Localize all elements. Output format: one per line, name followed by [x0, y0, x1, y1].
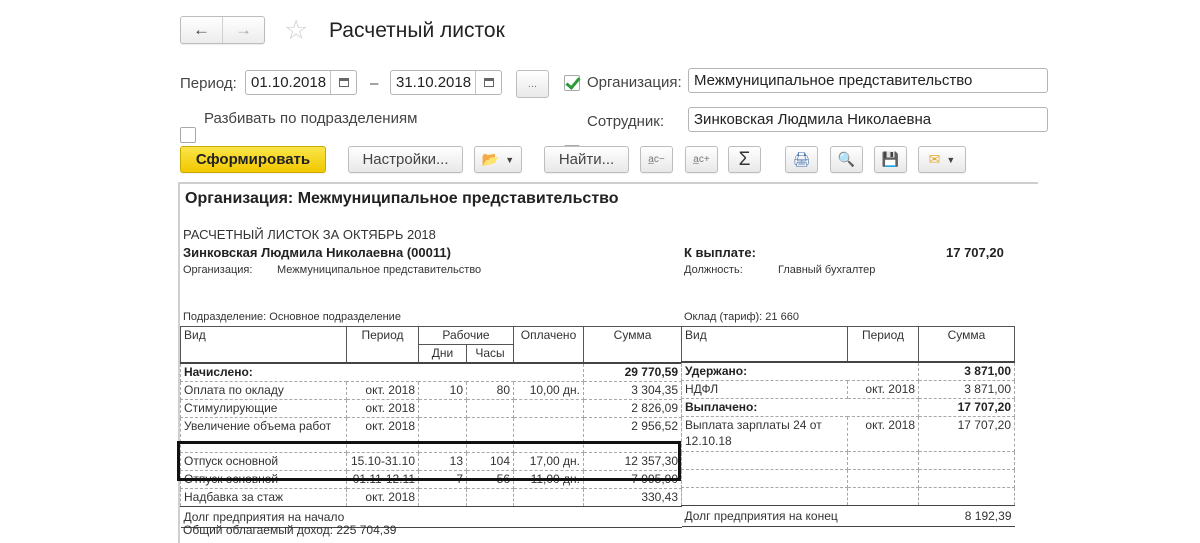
accrual-paid	[514, 400, 584, 418]
calendar-button[interactable]	[475, 71, 501, 94]
date-to-field[interactable]: 31.10.2018	[390, 70, 502, 95]
calendar-button[interactable]	[330, 71, 356, 94]
col-sum: Сумма	[919, 327, 1015, 363]
arrow-left-icon: ←	[193, 20, 210, 40]
date-from-value: 01.10.2018	[251, 74, 330, 91]
payment-kind-line2: 12.10.18	[685, 434, 732, 448]
col-working: Рабочие	[419, 327, 514, 345]
accrual-period: окт. 2018	[347, 489, 419, 507]
history-nav: ← →	[180, 16, 265, 44]
report-variant-button[interactable]: 📂▼	[474, 146, 522, 173]
calendar-icon	[484, 78, 494, 87]
find-button[interactable]: Найти...	[544, 146, 629, 173]
print-preview-button[interactable]: 🔍	[830, 146, 863, 173]
salary-label: Оклад (тариф): 21 660	[684, 311, 799, 323]
forward-button[interactable]: →	[223, 17, 264, 43]
split-by-department-label: Разбивать по подразделениям	[204, 110, 417, 127]
debt-end-row: Долг предприятия на конец 8 192,39	[682, 506, 1015, 527]
debt-end-label: Долг предприятия на конец	[682, 506, 919, 527]
organization-label: Организация:	[587, 74, 682, 91]
back-button[interactable]: ←	[181, 17, 223, 43]
report-org-value: Межмуниципальное представительство	[277, 264, 481, 276]
table-row	[682, 470, 1015, 488]
withholdings-table: Вид Период Сумма Удержано: 3 871,00 НДФЛ…	[681, 326, 1015, 527]
collapse-groups-button[interactable]: a̲c−	[640, 146, 673, 173]
withholding-kind: НДФЛ	[682, 381, 848, 399]
withheld-total-row: Удержано: 3 871,00	[682, 362, 1015, 381]
chevron-down-icon: ▼	[946, 155, 955, 165]
period-dash: –	[370, 75, 378, 92]
accrual-paid: 10,00 дн.	[514, 382, 584, 400]
col-hours: Часы	[467, 345, 514, 364]
accrual-sum: 2 826,09	[584, 400, 682, 418]
accrual-period: окт. 2018	[347, 382, 419, 400]
send-mail-button[interactable]: ✉▼	[918, 146, 966, 173]
pay-label: К выплате:	[684, 245, 756, 260]
col-period: Период	[347, 327, 419, 364]
collapse-groups-icon: a̲c−	[648, 154, 664, 165]
col-kind: Вид	[181, 327, 347, 364]
generate-button[interactable]: Сформировать	[180, 146, 326, 173]
col-kind: Вид	[682, 327, 848, 363]
print-button[interactable]: 🖨	[785, 146, 818, 173]
split-by-department-checkbox[interactable]	[180, 127, 196, 143]
debt-end-value: 8 192,39	[919, 506, 1015, 527]
accrual-kind: Стимулирующие	[181, 400, 347, 418]
date-to-value: 31.10.2018	[396, 74, 475, 91]
floppy-disk-icon: 💾	[882, 151, 899, 168]
accrual-days: 10	[419, 382, 467, 400]
accrual-hours	[467, 400, 514, 418]
period-select-button[interactable]: ...	[516, 70, 549, 98]
col-period: Период	[848, 327, 919, 363]
accrual-sum: 3 304,35	[584, 382, 682, 400]
accrual-days	[419, 489, 467, 507]
position-label: Должность:	[684, 264, 743, 276]
expand-groups-icon: a̲c+	[693, 154, 709, 165]
page-title: Расчетный листок	[329, 19, 505, 43]
report-org-label: Организация:	[183, 264, 252, 276]
col-paid: Оплачено	[514, 327, 584, 364]
payment-sum: 17 707,20	[919, 417, 1015, 452]
department-label: Подразделение: Основное подразделение	[183, 311, 401, 323]
paid-total: 17 707,20	[919, 399, 1015, 417]
paid-label: Выплачено:	[682, 399, 919, 417]
table-row: Выплата зарплаты 24 от12.10.18 окт. 2018…	[682, 417, 1015, 452]
calendar-icon	[339, 78, 349, 87]
accrual-days	[419, 400, 467, 418]
organization-value: Межмуниципальное представительство	[694, 72, 972, 89]
accrued-total: 29 770,59	[584, 363, 682, 382]
withheld-label: Удержано:	[682, 362, 919, 381]
table-row: Надбавка за стажокт. 2018330,43	[181, 489, 682, 507]
withheld-total: 3 871,00	[919, 362, 1015, 381]
position-value: Главный бухгалтер	[778, 264, 875, 276]
col-sum: Сумма	[584, 327, 682, 364]
settings-button[interactable]: Настройки...	[348, 146, 463, 173]
accrual-paid	[514, 489, 584, 507]
accruals-table: Вид Период Рабочие Оплачено Сумма Дни Ча…	[180, 326, 682, 528]
sigma-icon: Σ	[739, 149, 751, 171]
accrued-label: Начислено:	[181, 363, 584, 382]
report-variant-icon: 📂	[482, 151, 499, 168]
accrual-hours: 80	[467, 382, 514, 400]
employee-value: Зинковская Людмила Николаевна	[694, 111, 931, 128]
star-icon[interactable]: ☆	[284, 15, 308, 45]
accrual-kind: Надбавка за стаж	[181, 489, 347, 507]
payment-kind: Выплата зарплаты 24 от12.10.18	[682, 417, 848, 452]
date-from-field[interactable]: 01.10.2018	[245, 70, 357, 95]
accrual-kind: Оплата по окладу	[181, 382, 347, 400]
organization-checkbox[interactable]	[564, 75, 580, 91]
pay-value: 17 707,20	[946, 245, 1004, 260]
table-row: Стимулирующиеокт. 20182 826,09	[181, 400, 682, 418]
paid-total-row: Выплачено: 17 707,20	[682, 399, 1015, 417]
envelope-icon: ✉	[929, 151, 941, 168]
organization-field[interactable]: Межмуниципальное представительство	[688, 68, 1048, 93]
payment-kind-line1: Выплата зарплаты 24 от	[685, 418, 822, 432]
highlight-frame	[177, 441, 681, 481]
report-employee-name: Зинковская Людмила Николаевна (00011)	[183, 245, 451, 260]
table-row	[682, 452, 1015, 470]
accrued-total-row: Начислено: 29 770,59	[181, 363, 682, 382]
withholding-sum: 3 871,00	[919, 381, 1015, 399]
period-label: Период:	[180, 75, 237, 92]
table-row: Оплата по окладуокт. 2018108010,00 дн.3 …	[181, 382, 682, 400]
report-org-heading: Организация: Межмуниципальное представит…	[185, 190, 619, 208]
table-row	[682, 488, 1015, 506]
accrual-hours	[467, 489, 514, 507]
chevron-down-icon: ▼	[505, 155, 514, 165]
taxable-income: Общий облагаемый доход: 225 704,39	[183, 523, 396, 537]
accrual-sum: 330,43	[584, 489, 682, 507]
payment-period: окт. 2018	[848, 417, 919, 452]
sum-button[interactable]: Σ	[728, 146, 761, 173]
col-days: Дни	[419, 345, 467, 364]
table-row: НДФЛ окт. 2018 3 871,00	[682, 381, 1015, 399]
report-sheet-title: РАСЧЕТНЫЙ ЛИСТОК ЗА ОКТЯБРЬ 2018	[183, 227, 436, 242]
withholding-period: окт. 2018	[848, 381, 919, 399]
save-button[interactable]: 💾	[874, 146, 907, 173]
employee-field[interactable]: Зинковская Людмила Николаевна	[688, 107, 1048, 132]
print-preview-icon: 🔍	[838, 151, 855, 168]
employee-label: Сотрудник:	[587, 113, 664, 130]
arrow-right-icon: →	[235, 20, 252, 40]
expand-groups-button[interactable]: a̲c+	[685, 146, 718, 173]
accrual-period: окт. 2018	[347, 400, 419, 418]
printer-icon: 🖨	[793, 151, 811, 168]
